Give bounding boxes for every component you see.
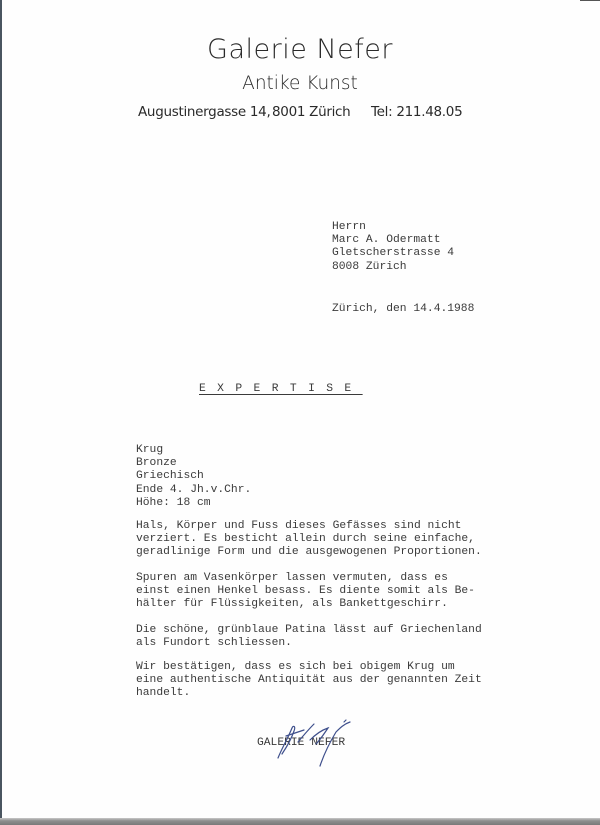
scanned-letter-page: Galerie Nefer Antike Kunst Augustinergas… [0, 0, 600, 825]
scan-top-edge [580, 0, 600, 1]
paragraph-handle: Spuren am Vasenkörper lassen vermuten, d… [136, 572, 475, 612]
document-title: EXPERTISE [199, 383, 363, 396]
recipient-address: Herrn Marc A. Odermatt Gletscherstrasse … [332, 221, 454, 274]
gallery-name: Galerie Nefer [0, 34, 600, 65]
gallery-phone: Tel: 211.48.05 [371, 104, 462, 120]
handwritten-signature [258, 718, 368, 770]
letter-date: Zürich, den 14.4.1988 [332, 303, 474, 316]
paragraph-description: Hals, Körper und Fuss dieses Gefässes si… [136, 520, 482, 560]
object-specs: Krug Bronze Griechisch Ende 4. Jh.v.Chr.… [136, 444, 251, 510]
scan-left-edge [0, 0, 2, 818]
gallery-street: Augustinergasse 14, [138, 104, 270, 120]
gallery-subtitle: Antike Kunst [0, 73, 600, 94]
paragraph-patina: Die schöne, grünblaue Patina lässt auf G… [136, 624, 482, 650]
scan-bottom-edge [0, 818, 600, 825]
paragraph-authenticity: Wir bestätigen, dass es sich bei obigem … [136, 661, 482, 701]
gallery-city: 8001 Zürich [272, 104, 350, 120]
